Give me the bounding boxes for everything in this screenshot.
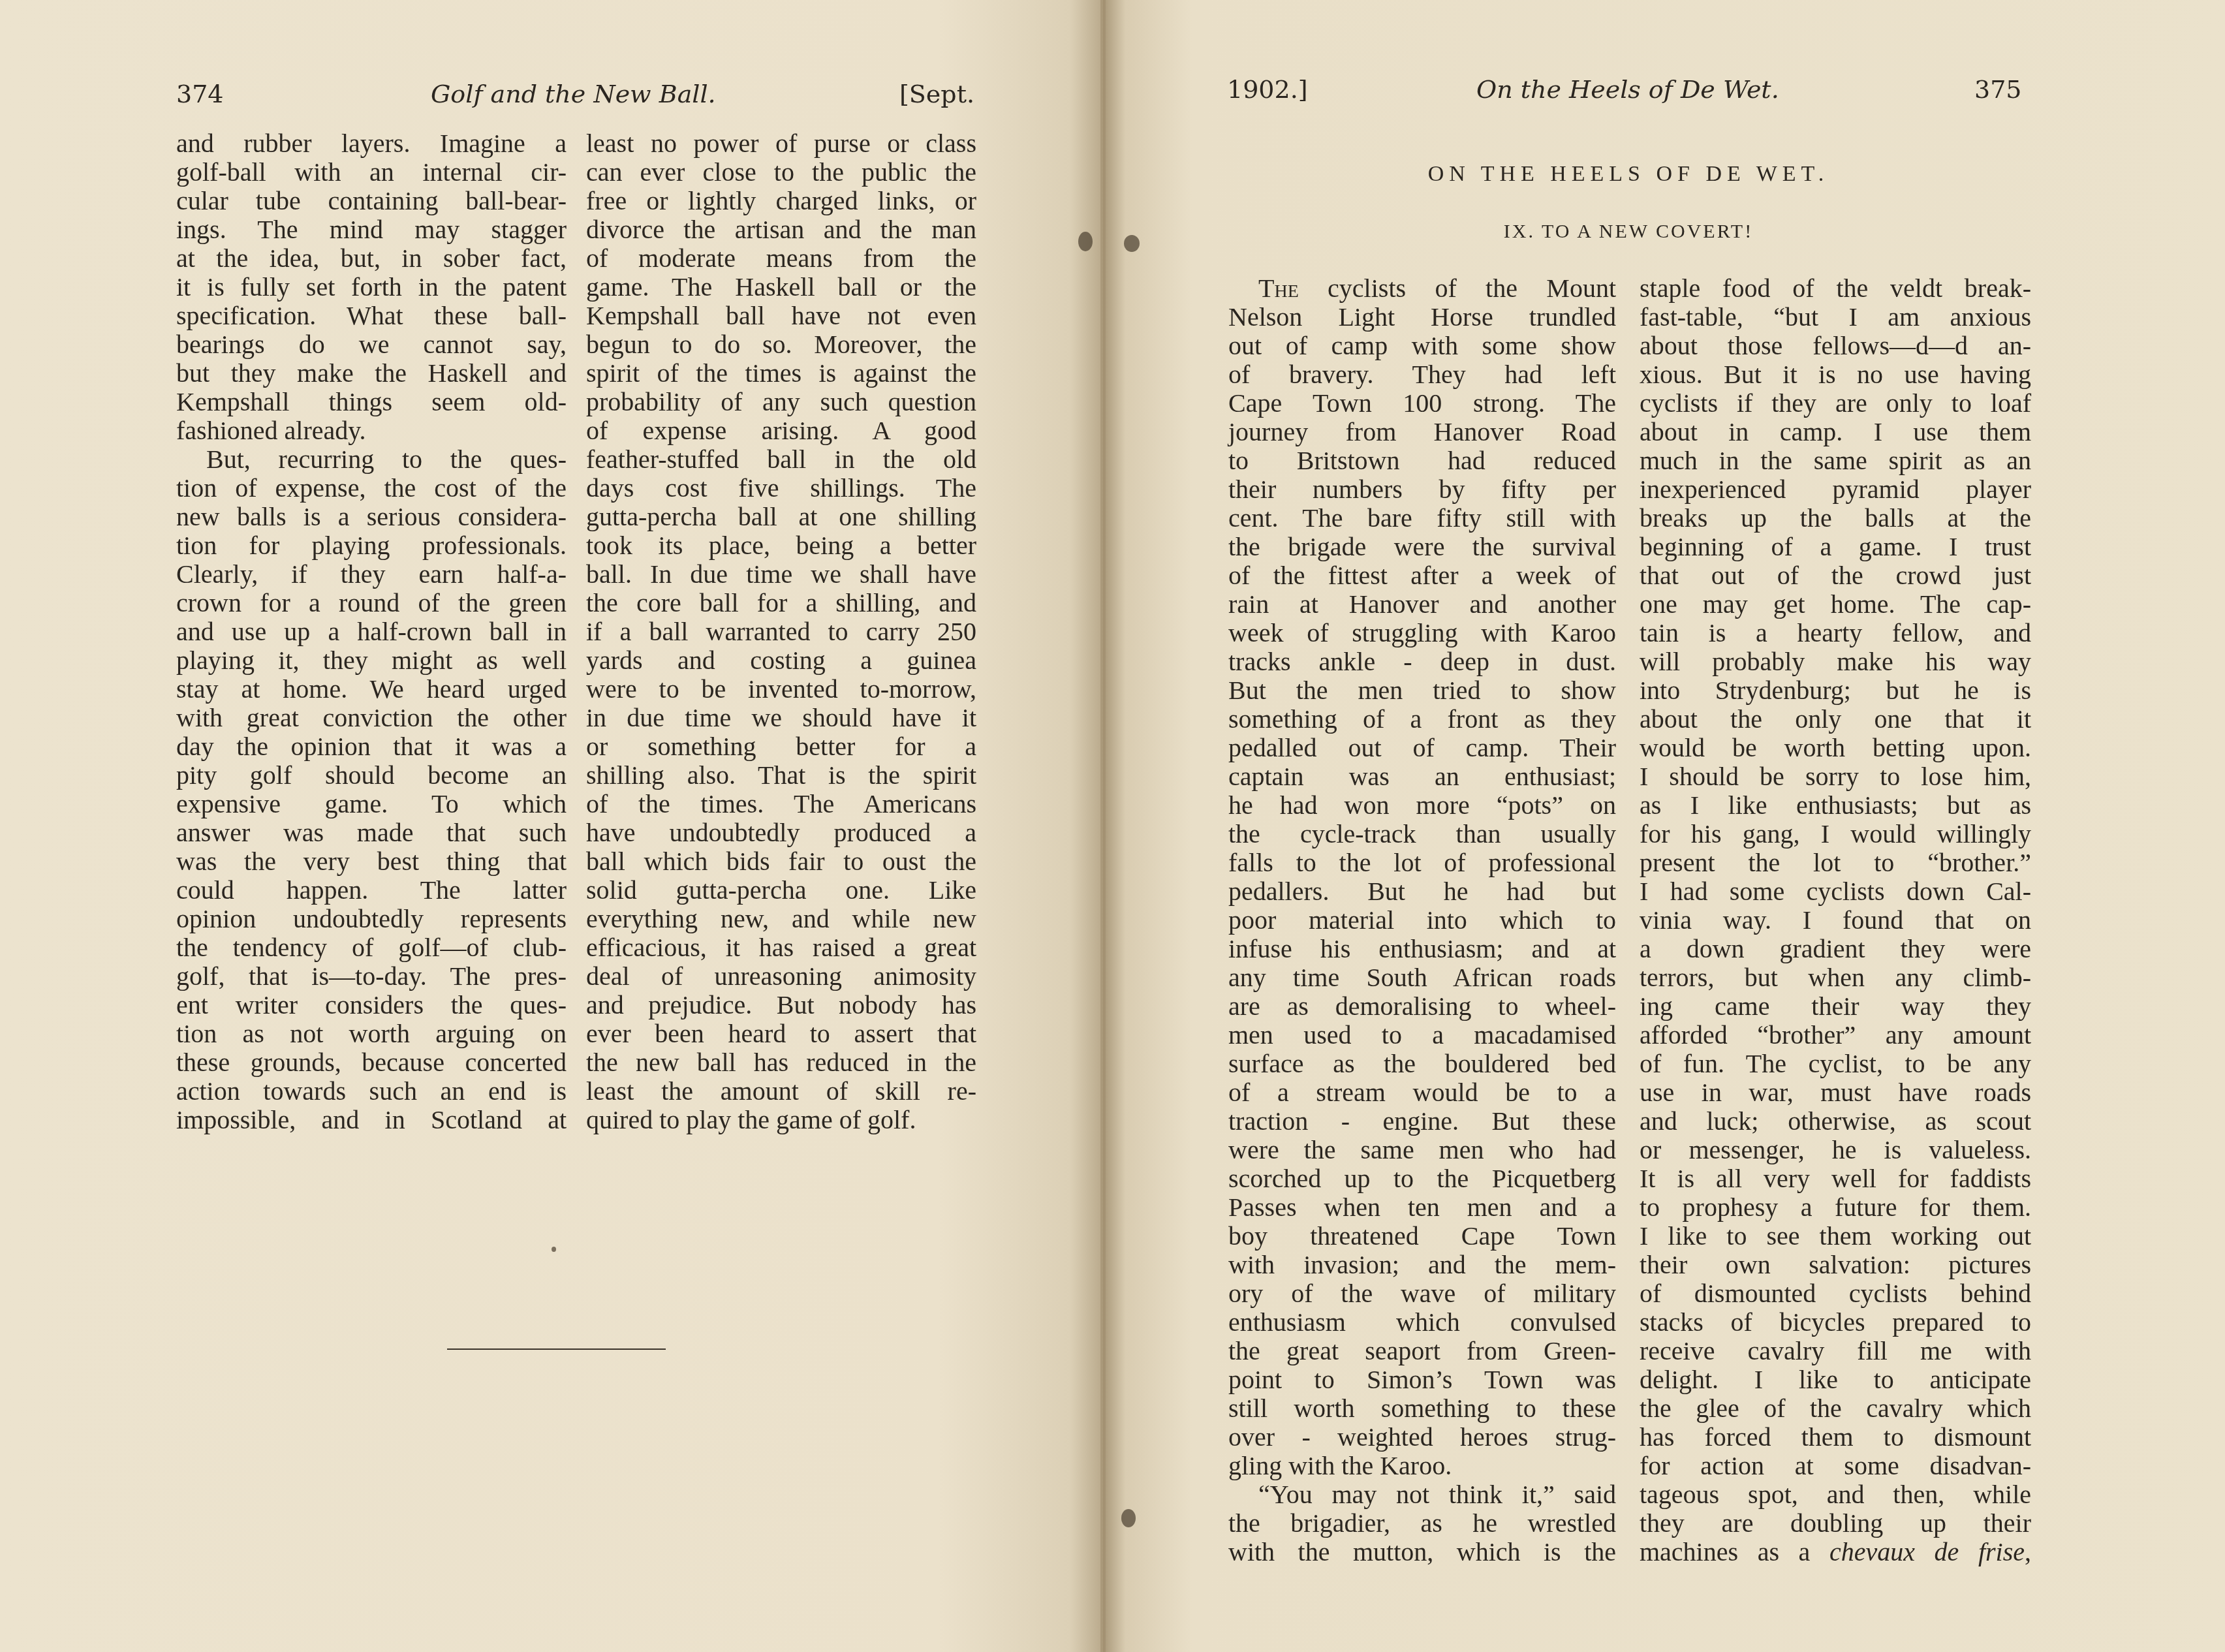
text-line: fast-table, “but I am anxious <box>1640 303 2031 332</box>
text-line: are as demoralising to wheel- <box>1228 992 1616 1021</box>
text-line: solid gutta-percha one. Like <box>586 876 976 905</box>
text-line: of the fittest after a week of <box>1228 561 1616 590</box>
binding-hole <box>1124 235 1140 252</box>
text-line: tracks ankle - deep in dust. <box>1228 647 1616 676</box>
text-line: beginning of a game. I trust <box>1640 533 2031 561</box>
text-line: ent writer considers the ques- <box>176 991 567 1020</box>
article-title: ON THE HEELS OF DE WET. <box>1227 162 2030 187</box>
text-line: gling with the Karoo. <box>1228 1452 1616 1480</box>
text-line: playing it, they might as well <box>176 646 567 675</box>
text-line: were the same men who had <box>1228 1136 1616 1164</box>
section-end-rule <box>447 1348 666 1350</box>
text-line: shilling also. That is the spirit <box>586 761 976 790</box>
text-span: , <box>2025 1537 2031 1566</box>
text-line: men used to a macadamised <box>1228 1021 1616 1050</box>
text-line: have undoubtedly produced a <box>586 818 976 847</box>
text-line: present the lot to “brother.” <box>1640 849 2031 877</box>
text-line: receive cavalry fill me with <box>1640 1337 2031 1365</box>
text-line: answer was made that such <box>176 818 567 847</box>
text-line: traction - engine. But these <box>1228 1107 1616 1136</box>
text-line: tageous spot, and then, while <box>1640 1480 2031 1509</box>
text-line: yards and costing a guinea <box>586 646 976 675</box>
text-line: game. The Haskell ball or the <box>586 273 976 302</box>
page-number-left: 374 <box>176 80 224 108</box>
text-line: enthusiasm which convulsed <box>1228 1308 1616 1337</box>
text-line: with great conviction the other <box>176 704 567 732</box>
text-line: over - weighted heroes strug- <box>1228 1423 1616 1452</box>
text-line: could happen. The latter <box>176 876 567 905</box>
text-line: or something better for a <box>586 732 976 761</box>
text-line: the tendency of golf—of club- <box>176 933 567 962</box>
text-line: much in the same spirit as an <box>1640 446 2031 475</box>
text-line: pedallers. But he had but <box>1228 877 1616 906</box>
binding-hole <box>1078 232 1093 251</box>
chapter-title: IX. TO A NEW COVERT! <box>1227 221 2030 243</box>
right-column-2: staple food of the veldt break-fast-tabl… <box>1640 274 2031 1566</box>
text-line: cular tube containing ball-bear- <box>176 187 567 215</box>
text-line: as I like enthusiasts; but as <box>1640 791 2031 820</box>
text-line: Cape Town 100 strong. The <box>1228 389 1616 418</box>
text-line: ory of the wave of military <box>1228 1279 1616 1308</box>
text-line: cyclists if they are only to loaf <box>1640 389 2031 418</box>
text-line: everything new, and while new <box>586 905 976 933</box>
text-line: took its place, being a better <box>586 531 976 560</box>
text-line: of bravery. They had left <box>1228 360 1616 389</box>
text-line: and luck; otherwise, as scout <box>1640 1107 2031 1136</box>
text-line: use in war, must have roads <box>1640 1078 2031 1107</box>
text-line: week of struggling with Karoo <box>1228 619 1616 647</box>
text-line: tion as not worth arguing on <box>176 1020 567 1048</box>
text-line: and rubber layers. Imagine a <box>176 129 567 158</box>
text-line: probability of any such question <box>586 388 976 416</box>
text-line: if a ball warranted to carry 250 <box>586 617 976 646</box>
text-span: machines as a <box>1640 1537 1829 1566</box>
text-line: the cycle-track than usually <box>1228 820 1616 849</box>
ink-speck <box>552 1247 556 1252</box>
text-line: journey from Hanover Road <box>1228 418 1616 446</box>
text-line: will probably make his way <box>1640 647 2031 676</box>
text-line: feather-stuffed ball in the old <box>586 445 976 474</box>
text-line: was the very best thing that <box>176 847 567 876</box>
text-line: terrors, but when any climb- <box>1640 963 2031 992</box>
text-line: infuse his enthusiasm; and at <box>1228 935 1616 963</box>
running-title-text: Golf and the New Ball. <box>431 80 716 108</box>
text-line: The cyclists of the Mount <box>1228 274 1616 303</box>
text-line: gutta-percha ball at one shilling <box>586 503 976 531</box>
text-line: least the amount of skill re- <box>586 1077 976 1106</box>
text-line: afforded “brother” any amount <box>1640 1021 2031 1050</box>
text-line: day the opinion that it was a <box>176 732 567 761</box>
text-line: their own salvation: pictures <box>1640 1251 2031 1279</box>
text-line: would be worth betting upon. <box>1640 734 2031 762</box>
text-line: can ever close to the public the <box>586 158 976 187</box>
text-line: falls to the lot of professional <box>1228 849 1616 877</box>
text-line: staple food of the veldt break- <box>1640 274 2031 303</box>
text-line: bearings do we cannot say, <box>176 330 567 359</box>
text-line: I should be sorry to lose him, <box>1640 762 2031 791</box>
text-line: the new ball has reduced in the <box>586 1048 976 1077</box>
text-line: something of a front as they <box>1228 705 1616 734</box>
text-span: cyclists of the Mount <box>1299 273 1616 303</box>
text-line: days cost five shillings. The <box>586 474 976 503</box>
text-line: deal of unreasoning animosity <box>586 962 976 991</box>
text-line: begun to do so. Moreover, the <box>586 330 976 359</box>
text-line: or messenger, he is valueless. <box>1640 1136 2031 1164</box>
text-line: a down gradient they were <box>1640 935 2031 963</box>
running-date-left: [Sept. <box>899 80 974 108</box>
text-line: “You may not think it,” said <box>1228 1480 1616 1509</box>
text-line: about the only one that it <box>1640 705 2031 734</box>
text-line: boy threatened Cape Town <box>1228 1222 1616 1251</box>
text-line: he had won more “pots” on <box>1228 791 1616 820</box>
running-title-text: On the Heels of De Wet. <box>1476 75 1779 104</box>
running-title-left: Golf and the New Ball. <box>431 80 716 108</box>
text-line: Passes when ten men and a <box>1228 1193 1616 1222</box>
text-line: specification. What these ball- <box>176 302 567 330</box>
left-column-1: and rubber layers. Imagine agolf-ball wi… <box>176 129 567 1134</box>
text-line: But, recurring to the ques- <box>176 445 567 474</box>
text-line: to prophesy a future for them. <box>1640 1193 2031 1222</box>
running-date-right: 1902.] <box>1227 75 1308 104</box>
text-line: with invasion; and the mem- <box>1228 1251 1616 1279</box>
text-line: these grounds, because concerted <box>176 1048 567 1077</box>
text-line: But the men tried to show <box>1228 676 1616 705</box>
text-line: of moderate means from the <box>586 244 976 273</box>
italic-phrase: chevaux de frise <box>1829 1537 2025 1566</box>
text-line: the brigadier, as he wrestled <box>1228 1509 1616 1538</box>
text-line: into Strydenburg; but he is <box>1640 676 2031 705</box>
text-line: I had some cyclists down Cal- <box>1640 877 2031 906</box>
text-line: least no power of purse or class <box>586 129 976 158</box>
text-line: expensive game. To which <box>176 790 567 818</box>
text-line: divorce the artisan and the man <box>586 215 976 244</box>
text-line: I like to see them working out <box>1640 1222 2031 1251</box>
text-line: ball which bids fair to oust the <box>586 847 976 876</box>
text-line: pity golf should become an <box>176 761 567 790</box>
text-line: golf-ball with an internal cir- <box>176 158 567 187</box>
text-line: It is all very well for faddists <box>1640 1164 2031 1193</box>
text-line: it is fully set forth in the patent <box>176 273 567 302</box>
text-line: out of camp with some show <box>1228 332 1616 360</box>
text-line: xious. But it is no use having <box>1640 360 2031 389</box>
text-line: with the mutton, which is the <box>1228 1538 1616 1566</box>
text-line: of a stream would be to a <box>1228 1078 1616 1107</box>
text-line: for his gang, I would willingly <box>1640 820 2031 849</box>
text-line: Clearly, if they earn half-a- <box>176 560 567 589</box>
text-line: spirit of the times is against the <box>586 359 976 388</box>
text-line: the great seaport from Green- <box>1228 1337 1616 1365</box>
text-line: at the idea, but, in sober fact, <box>176 244 567 273</box>
text-line: ing came their way they <box>1640 992 2031 1021</box>
text-line: golf, that is—to-day. The pres- <box>176 962 567 991</box>
text-line: any time South African roads <box>1228 963 1616 992</box>
text-line: Kempshall ball have not even <box>586 302 976 330</box>
text-line: tain is a hearty fellow, and <box>1640 619 2031 647</box>
text-line: ball. In due time we shall have <box>586 560 976 589</box>
text-line: pedalled out of camp. Their <box>1228 734 1616 762</box>
text-line: action towards such an end is <box>176 1077 567 1106</box>
text-line: the brigade were the survival <box>1228 533 1616 561</box>
left-column-2: least no power of purse or classcan ever… <box>586 129 976 1134</box>
text-line: fashioned already. <box>176 416 567 445</box>
text-line: delight. I like to anticipate <box>1640 1365 2031 1394</box>
text-line: poor material into which to <box>1228 906 1616 935</box>
text-line: the glee of the cavalry which <box>1640 1394 2031 1423</box>
text-line: ever been heard to assert that <box>586 1020 976 1048</box>
text-line: were to be invented to-morrow, <box>586 675 976 704</box>
text-line: Kempshall things seem old- <box>176 388 567 416</box>
text-line: surface as the bouldered bed <box>1228 1050 1616 1078</box>
text-line: they are doubling up their <box>1640 1509 2031 1538</box>
running-title-right: On the Heels of De Wet. <box>1476 75 1779 104</box>
text-line: ings. The mind may stagger <box>176 215 567 244</box>
text-line: about in camp. I use them <box>1640 418 2031 446</box>
text-line: for action at some disadvan- <box>1640 1452 2031 1480</box>
book-spine <box>1100 0 1106 1652</box>
right-column-1: The cyclists of the Mount Nelson Light H… <box>1228 274 1616 1566</box>
text-line: efficacious, it has raised a great <box>586 933 976 962</box>
text-line: and prejudice. But nobody has <box>586 991 976 1020</box>
text-line: to Britstown had reduced <box>1228 446 1616 475</box>
text-line: in due time we should have it <box>586 704 976 732</box>
text-line: Nelson Light Horse trundled <box>1228 303 1616 332</box>
text-line: about those fellows—d—d an- <box>1640 332 2031 360</box>
text-line: tion for playing professionals. <box>176 531 567 560</box>
text-line: new balls is a serious considera- <box>176 503 567 531</box>
text-line: still worth something to these <box>1228 1394 1616 1423</box>
text-line: stay at home. We heard urged <box>176 675 567 704</box>
text-line: of the times. The Americans <box>586 790 976 818</box>
text-line: of dismounted cyclists behind <box>1640 1279 2031 1308</box>
page-number-right: 375 <box>1974 75 2022 104</box>
text-line: has forced them to dismount <box>1640 1423 2031 1452</box>
text-line: of fun. The cyclist, to be any <box>1640 1050 2031 1078</box>
text-line: stacks of bicycles prepared to <box>1640 1308 2031 1337</box>
text-line: impossible, and in Scotland at <box>176 1106 567 1134</box>
text-line: that out of the crowd just <box>1640 561 2031 590</box>
text-line: their numbers by fifty per <box>1228 475 1616 504</box>
text-line: crown for a round of the green <box>176 589 567 617</box>
text-line: machines as a chevaux de frise, <box>1640 1538 2031 1566</box>
text-line: tion of expense, the cost of the <box>176 474 567 503</box>
text-line: rain at Hanover and another <box>1228 590 1616 619</box>
text-line: point to Simon’s Town was <box>1228 1365 1616 1394</box>
text-line: the core ball for a shilling, and <box>586 589 976 617</box>
text-line: of expense arising. A good <box>586 416 976 445</box>
text-line: one may get home. The cap- <box>1640 590 2031 619</box>
binding-hole <box>1121 1509 1136 1527</box>
text-line: quired to play the game of golf. <box>586 1106 976 1134</box>
text-line: vinia way. I found that on <box>1640 906 2031 935</box>
text-line: scorched up to the Picquetberg <box>1228 1164 1616 1193</box>
drop-word: The <box>1258 273 1299 303</box>
text-line: breaks up the balls at the <box>1640 504 2031 533</box>
text-line: free or lightly charged links, or <box>586 187 976 215</box>
text-line: opinion undoubtedly represents <box>176 905 567 933</box>
text-line: captain was an enthusiast; <box>1228 762 1616 791</box>
text-line: cent. The bare fifty still with <box>1228 504 1616 533</box>
text-line: but they make the Haskell and <box>176 359 567 388</box>
text-line: and use up a half-crown ball in <box>176 617 567 646</box>
text-line: inexperienced pyramid player <box>1640 475 2031 504</box>
